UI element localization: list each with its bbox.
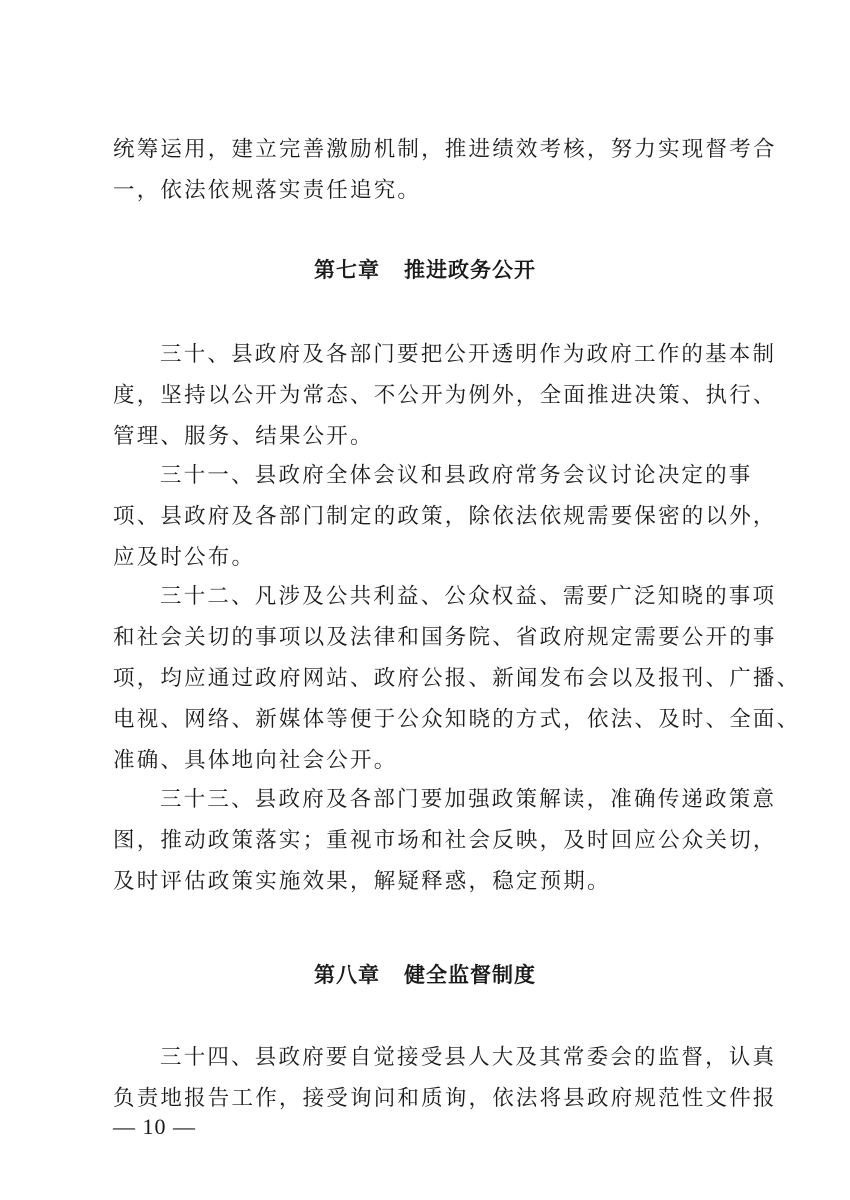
chapter-title: 健全监督制度 — [404, 963, 536, 987]
chapter-heading-8: 第八章健全监督制度 — [0, 955, 850, 995]
article-30-line: 三十、县政府及各部门要把公开透明作为政府工作的基本制 — [160, 335, 743, 375]
article-32-line: 准确、具体地向社会公开。 — [113, 741, 743, 781]
article-34-line: 负责地报告工作，接受询问和质询，依法将县政府规范性文件报 — [113, 1079, 743, 1119]
chapter-number: 第八章 — [314, 963, 380, 987]
article-32-line: 项，均应通过政府网站、政府公报、新闻发布会以及报刊、广播、 — [113, 659, 743, 699]
document-page: 统筹运用，建立完善激励机制，推进绩效考核，努力实现督考合 一，依法依规落实责任追… — [0, 0, 850, 1200]
article-30-line: 度，坚持以公开为常态、不公开为例外，全面推进决策、执行、 — [113, 376, 743, 416]
article-30-line: 管理、服务、结果公开。 — [113, 417, 743, 457]
article-32-line: 电视、网络、新媒体等便于公众知晓的方式，依法、及时、全面、 — [113, 700, 743, 740]
article-33-line: 三十三、县政府及各部门要加强政策解读，准确传递政策意 — [160, 780, 743, 820]
article-34-line: 三十四、县政府要自觉接受县人大及其常委会的监督，认真 — [160, 1038, 743, 1078]
article-31-line: 三十一、县政府全体会议和县政府常务会议讨论决定的事 — [160, 456, 743, 496]
article-31-line: 项、县政府及各部门制定的政策，除依法依规需要保密的以外， — [113, 497, 743, 537]
page-number: — 10 — — [113, 1112, 196, 1142]
article-31-line: 应及时公布。 — [113, 538, 743, 578]
article-33-line: 及时评估政策实施效果，解疑释惑，稳定预期。 — [113, 862, 743, 902]
chapter-title: 推进政务公开 — [404, 258, 536, 282]
article-33-line: 图，推动政策落实；重视市场和社会反映，及时回应公众关切， — [113, 821, 743, 861]
chapter-heading-7: 第七章推进政务公开 — [0, 250, 850, 290]
paragraph-line: 统筹运用，建立完善激励机制，推进绩效考核，努力实现督考合 — [113, 130, 743, 170]
article-32-line: 和社会关切的事项以及法律和国务院、省政府规定需要公开的事 — [113, 618, 743, 658]
paragraph-line: 一，依法依规落实责任追究。 — [113, 171, 743, 211]
chapter-number: 第七章 — [314, 258, 380, 282]
article-32-line: 三十二、凡涉及公共利益、公众权益、需要广泛知晓的事项 — [160, 577, 743, 617]
